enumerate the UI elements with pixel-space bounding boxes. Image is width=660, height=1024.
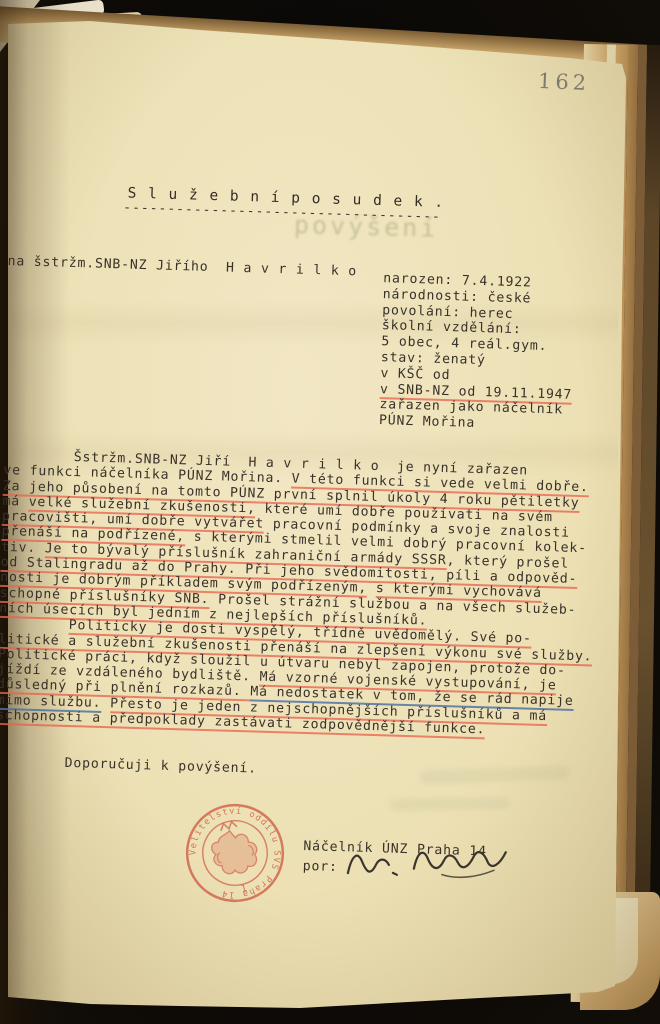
page-number: 162 [538, 69, 591, 95]
handwritten-signature [342, 842, 512, 888]
personal-info-panel: narozen: 7.4.1922národnosti: česképovolá… [379, 271, 576, 435]
evaluation-body-text: Šstržm.SNB-NZ Jiří H a v r i l k o je ny… [0, 448, 620, 787]
stamp-number: 1 [240, 883, 248, 895]
ghost-smudge [390, 797, 510, 811]
signature-label: por: [303, 859, 338, 875]
